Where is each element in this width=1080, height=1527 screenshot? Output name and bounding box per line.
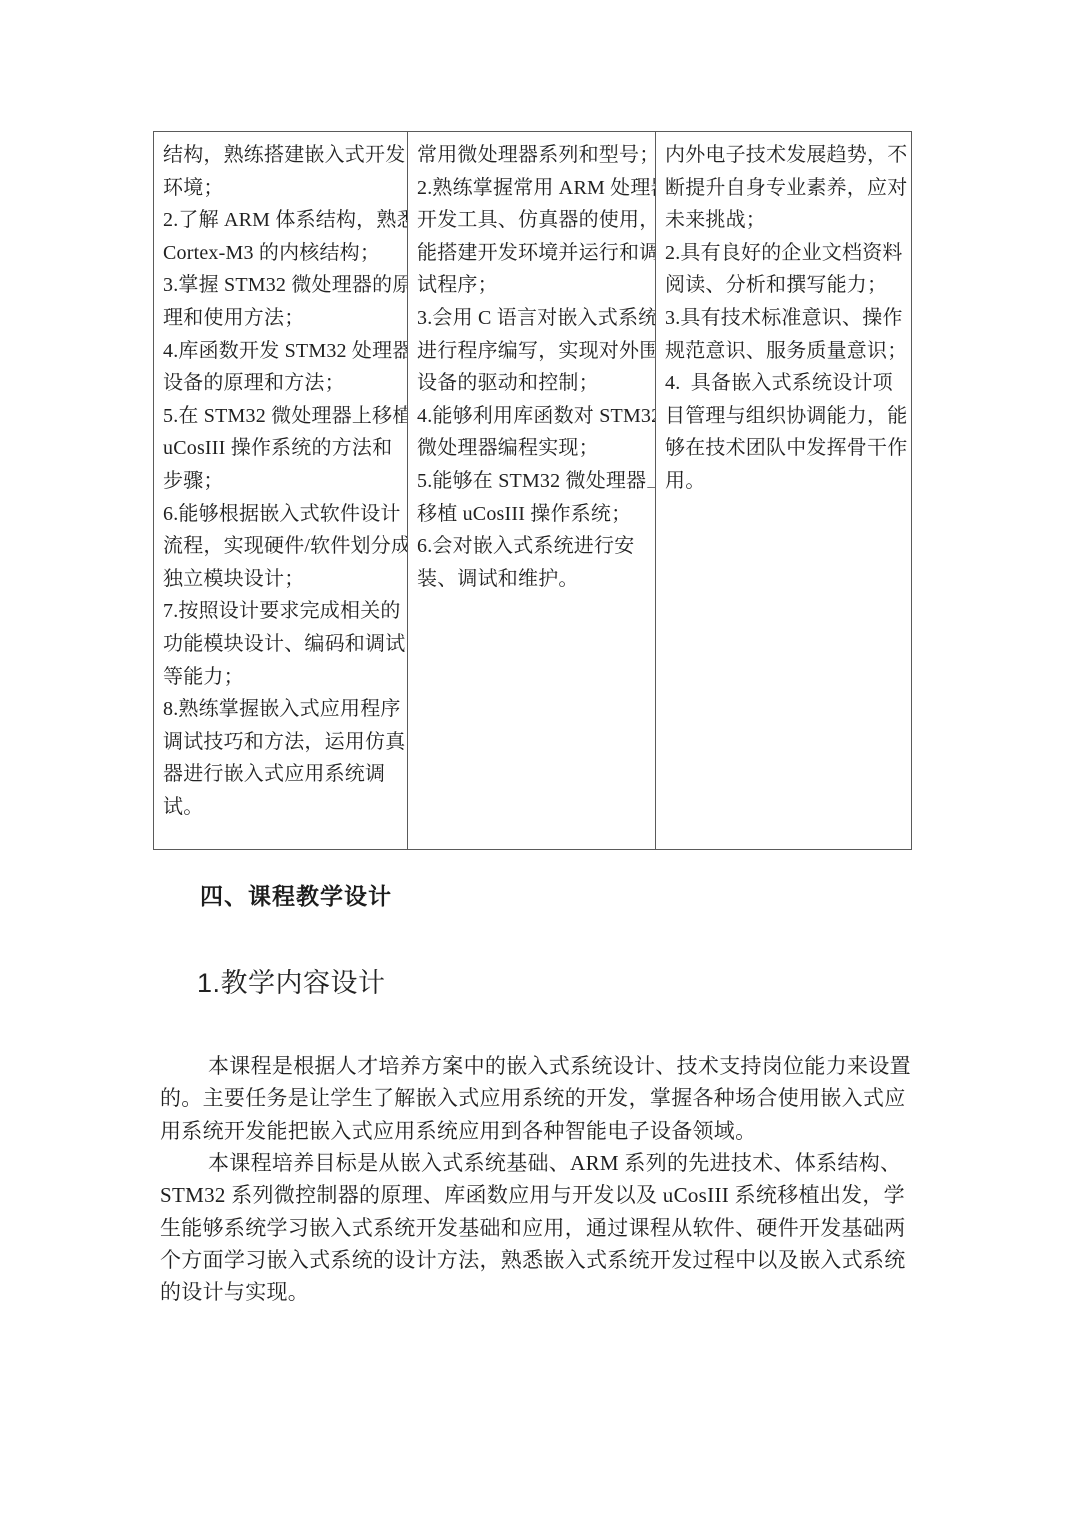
text-line: 等能力；: [163, 661, 400, 694]
text-line: 8.熟练掌握嵌入式应用程序: [163, 693, 400, 726]
body-paragraph-2: 本课程培养目标是从嵌入式系统基础、ARM 系列的先进技术、体系结构、STM32 …: [160, 1147, 930, 1308]
text-line: 规范意识、服务质量意识；: [665, 335, 904, 368]
text-line: 步骤；: [163, 465, 400, 498]
text-line: 内外电子技术发展趋势，不: [665, 139, 904, 172]
text-line: 6.会对嵌入式系统进行安: [417, 530, 648, 563]
text-line: 生能够系统学习嵌入式系统开发基础和应用，通过课程从软件、硬件开发基础两: [160, 1212, 930, 1244]
text-line: 移植 uCosIII 操作系统；: [417, 498, 648, 531]
text-line: 的设计与实现。: [160, 1276, 930, 1308]
text-line: 目管理与组织协调能力，能: [665, 400, 904, 433]
text-line: 装、调试和维护。: [417, 563, 648, 596]
table-cell-column-3: 内外电子技术发展趋势，不断提升自身专业素养，应对未来挑战；2.具有良好的企业文档…: [656, 132, 911, 849]
text-line: 够在技术团队中发挥骨干作: [665, 432, 904, 465]
text-line: 开发工具、仿真器的使用，: [417, 204, 648, 237]
body-paragraph-1: 本课程是根据人才培养方案中的嵌入式系统设计、技术支持岗位能力来设置的。主要任务是…: [160, 1050, 930, 1147]
text-line: 理和使用方法；: [163, 302, 400, 335]
text-line: Cortex-M3 的内核结构；: [163, 237, 400, 270]
text-line: 微处理器编程实现；: [417, 432, 648, 465]
text-line: 的。主要任务是让学生了解嵌入式应用系统的开发，掌握各种场合使用嵌入式应: [160, 1082, 930, 1114]
course-objectives-table: 结构，熟练搭建嵌入式开发环境；2.了解 ARM 体系结构，熟悉Cortex-M3…: [153, 131, 912, 850]
text-line: 本课程是根据人才培养方案中的嵌入式系统设计、技术支持岗位能力来设置: [160, 1050, 930, 1082]
text-line: 5.能够在 STM32 微处理器上: [417, 465, 648, 498]
text-line: 环境；: [163, 172, 400, 205]
text-line: 试程序；: [417, 269, 648, 302]
document-page: 结构，熟练搭建嵌入式开发环境；2.了解 ARM 体系结构，熟悉Cortex-M3…: [0, 0, 1080, 1527]
text-line: 本课程培养目标是从嵌入式系统基础、ARM 系列的先进技术、体系结构、: [160, 1147, 930, 1179]
text-line: 功能模块设计、编码和调试: [163, 628, 400, 661]
text-line: 设备的原理和方法；: [163, 367, 400, 400]
table-cell-column-2: 常用微处理器系列和型号；2.熟练掌握常用 ARM 处理器开发工具、仿真器的使用，…: [408, 132, 656, 849]
text-line: 4. 具备嵌入式系统设计项: [665, 367, 904, 400]
text-line: 设备的驱动和控制；: [417, 367, 648, 400]
text-line: 进行程序编写，实现对外围: [417, 335, 648, 368]
text-line: 5.在 STM32 微处理器上移植: [163, 400, 400, 433]
section-heading: 四、课程教学设计: [200, 878, 392, 911]
text-line: 6.能够根据嵌入式软件设计: [163, 498, 400, 531]
text-line: 用系统开发能把嵌入式应用系统应用到各种智能电子设备领域。: [160, 1115, 930, 1147]
text-line: 4.库函数开发 STM32 处理器: [163, 335, 400, 368]
text-line: 能搭建开发环境并运行和调: [417, 237, 648, 270]
table-cell-column-1: 结构，熟练搭建嵌入式开发环境；2.了解 ARM 体系结构，熟悉Cortex-M3…: [154, 132, 408, 849]
text-line: uCosIII 操作系统的方法和: [163, 432, 400, 465]
text-line: 个方面学习嵌入式系统的设计方法，熟悉嵌入式系统开发过程中以及嵌入式系统: [160, 1244, 930, 1276]
text-line: 未来挑战；: [665, 204, 904, 237]
text-line: 用。: [665, 465, 904, 498]
text-line: 常用微处理器系列和型号；: [417, 139, 648, 172]
text-line: 3.具有技术标准意识、操作: [665, 302, 904, 335]
text-line: 试。: [163, 791, 400, 824]
text-line: STM32 系列微控制器的原理、库函数应用与开发以及 uCosIII 系统移植出…: [160, 1179, 930, 1211]
subsection-heading: 1.教学内容设计: [197, 961, 386, 1000]
text-line: 器进行嵌入式应用系统调: [163, 758, 400, 791]
text-line: 阅读、分析和撰写能力；: [665, 269, 904, 302]
text-line: 3.会用 C 语言对嵌入式系统: [417, 302, 648, 335]
text-line: 2.熟练掌握常用 ARM 处理器: [417, 172, 648, 205]
text-line: 独立模块设计；: [163, 563, 400, 596]
text-line: 结构，熟练搭建嵌入式开发: [163, 139, 400, 172]
text-line: 3.掌握 STM32 微处理器的原: [163, 269, 400, 302]
text-line: 2.具有良好的企业文档资料: [665, 237, 904, 270]
text-line: 2.了解 ARM 体系结构，熟悉: [163, 204, 400, 237]
text-line: 流程，实现硬件/软件划分成: [163, 530, 400, 563]
text-line: 调试技巧和方法，运用仿真: [163, 726, 400, 759]
text-line: 7.按照设计要求完成相关的: [163, 595, 400, 628]
text-line: 4.能够利用库函数对 STM32: [417, 400, 648, 433]
text-line: 断提升自身专业素养，应对: [665, 172, 904, 205]
